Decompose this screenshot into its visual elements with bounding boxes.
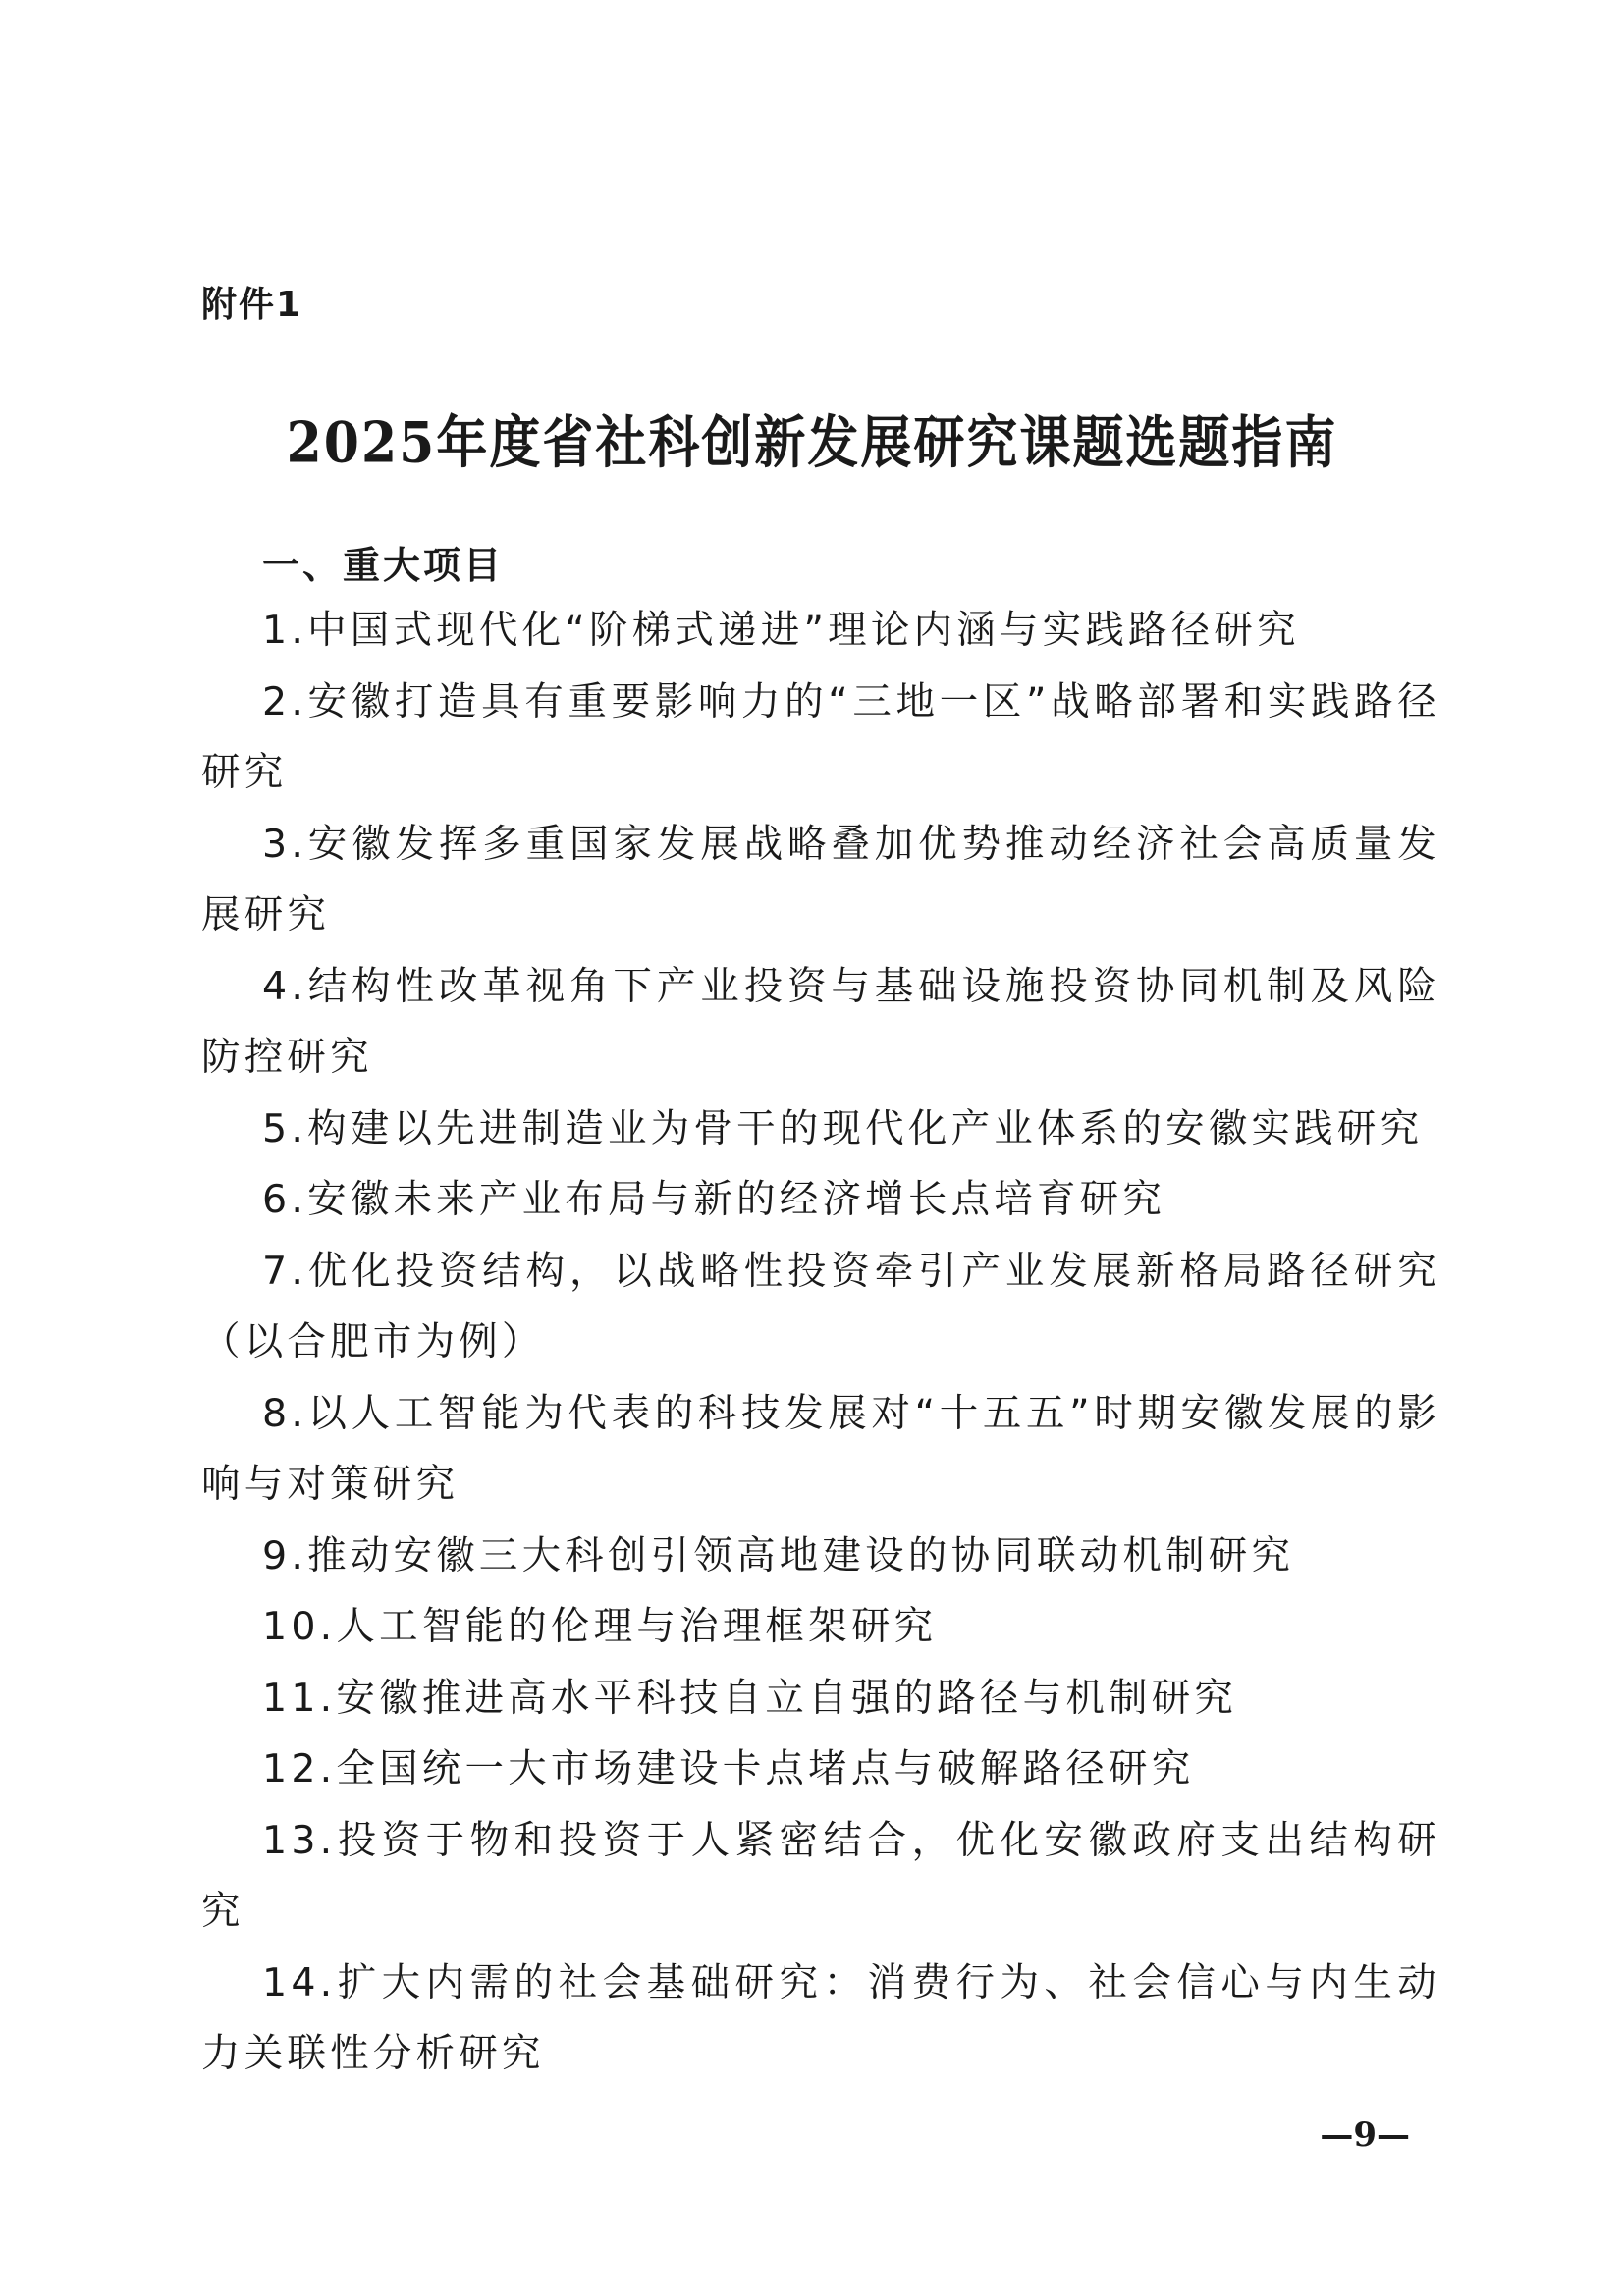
topic-item-9: 9.推动安徽三大科创引领高地建设的协同联动机制研究 bbox=[201, 1521, 1440, 1592]
topic-item-8: 8.以人工智能为代表的科技发展对“十五五”时期安徽发展的影响与对策研究 bbox=[201, 1378, 1440, 1521]
topic-item-10: 10.人工智能的伦理与治理框架研究 bbox=[201, 1591, 1440, 1663]
topic-item-3: 3.安徽发挥多重国家发展战略叠加优势推动经济社会高质量发展研究 bbox=[201, 809, 1440, 951]
document-page: 附件1 2025年度省社科创新发展研究课题选题指南 一、重大项目 1.中国式现代… bbox=[0, 0, 1624, 2296]
topic-item-2: 2.安徽打造具有重要影响力的“三地一区”战略部署和实践路径研究 bbox=[201, 667, 1440, 809]
document-title: 2025年度省社科创新发展研究课题选题指南 bbox=[0, 397, 1624, 478]
page-number: —9— bbox=[1320, 2115, 1410, 2155]
topic-list: 1.中国式现代化“阶梯式递进”理论内涵与实践路径研究 2.安徽打造具有重要影响力… bbox=[201, 595, 1440, 2090]
topic-item-11: 11.安徽推进高水平科技自立自强的路径与机制研究 bbox=[201, 1663, 1440, 1735]
topic-item-4: 4.结构性改革视角下产业投资与基础设施投资协同机制及风险防控研究 bbox=[201, 951, 1440, 1094]
topic-item-6: 6.安徽未来产业布局与新的经济增长点培育研究 bbox=[201, 1164, 1440, 1236]
attachment-label: 附件1 bbox=[201, 277, 302, 327]
topic-item-1: 1.中国式现代化“阶梯式递进”理论内涵与实践路径研究 bbox=[201, 595, 1440, 667]
topic-item-7: 7.优化投资结构，以战略性投资牵引产业发展新格局路径研究（以合肥市为例） bbox=[201, 1236, 1440, 1378]
section-heading-major-projects: 一、重大项目 bbox=[262, 535, 504, 589]
topic-item-13: 13.投资于物和投资于人紧密结合，优化安徽政府支出结构研究 bbox=[201, 1805, 1440, 1948]
topic-item-14: 14.扩大内需的社会基础研究：消费行为、社会信心与内生动力关联性分析研究 bbox=[201, 1948, 1440, 2090]
topic-item-5: 5.构建以先进制造业为骨干的现代化产业体系的安徽实践研究 bbox=[201, 1094, 1440, 1165]
topic-item-12: 12.全国统一大市场建设卡点堵点与破解路径研究 bbox=[201, 1734, 1440, 1805]
